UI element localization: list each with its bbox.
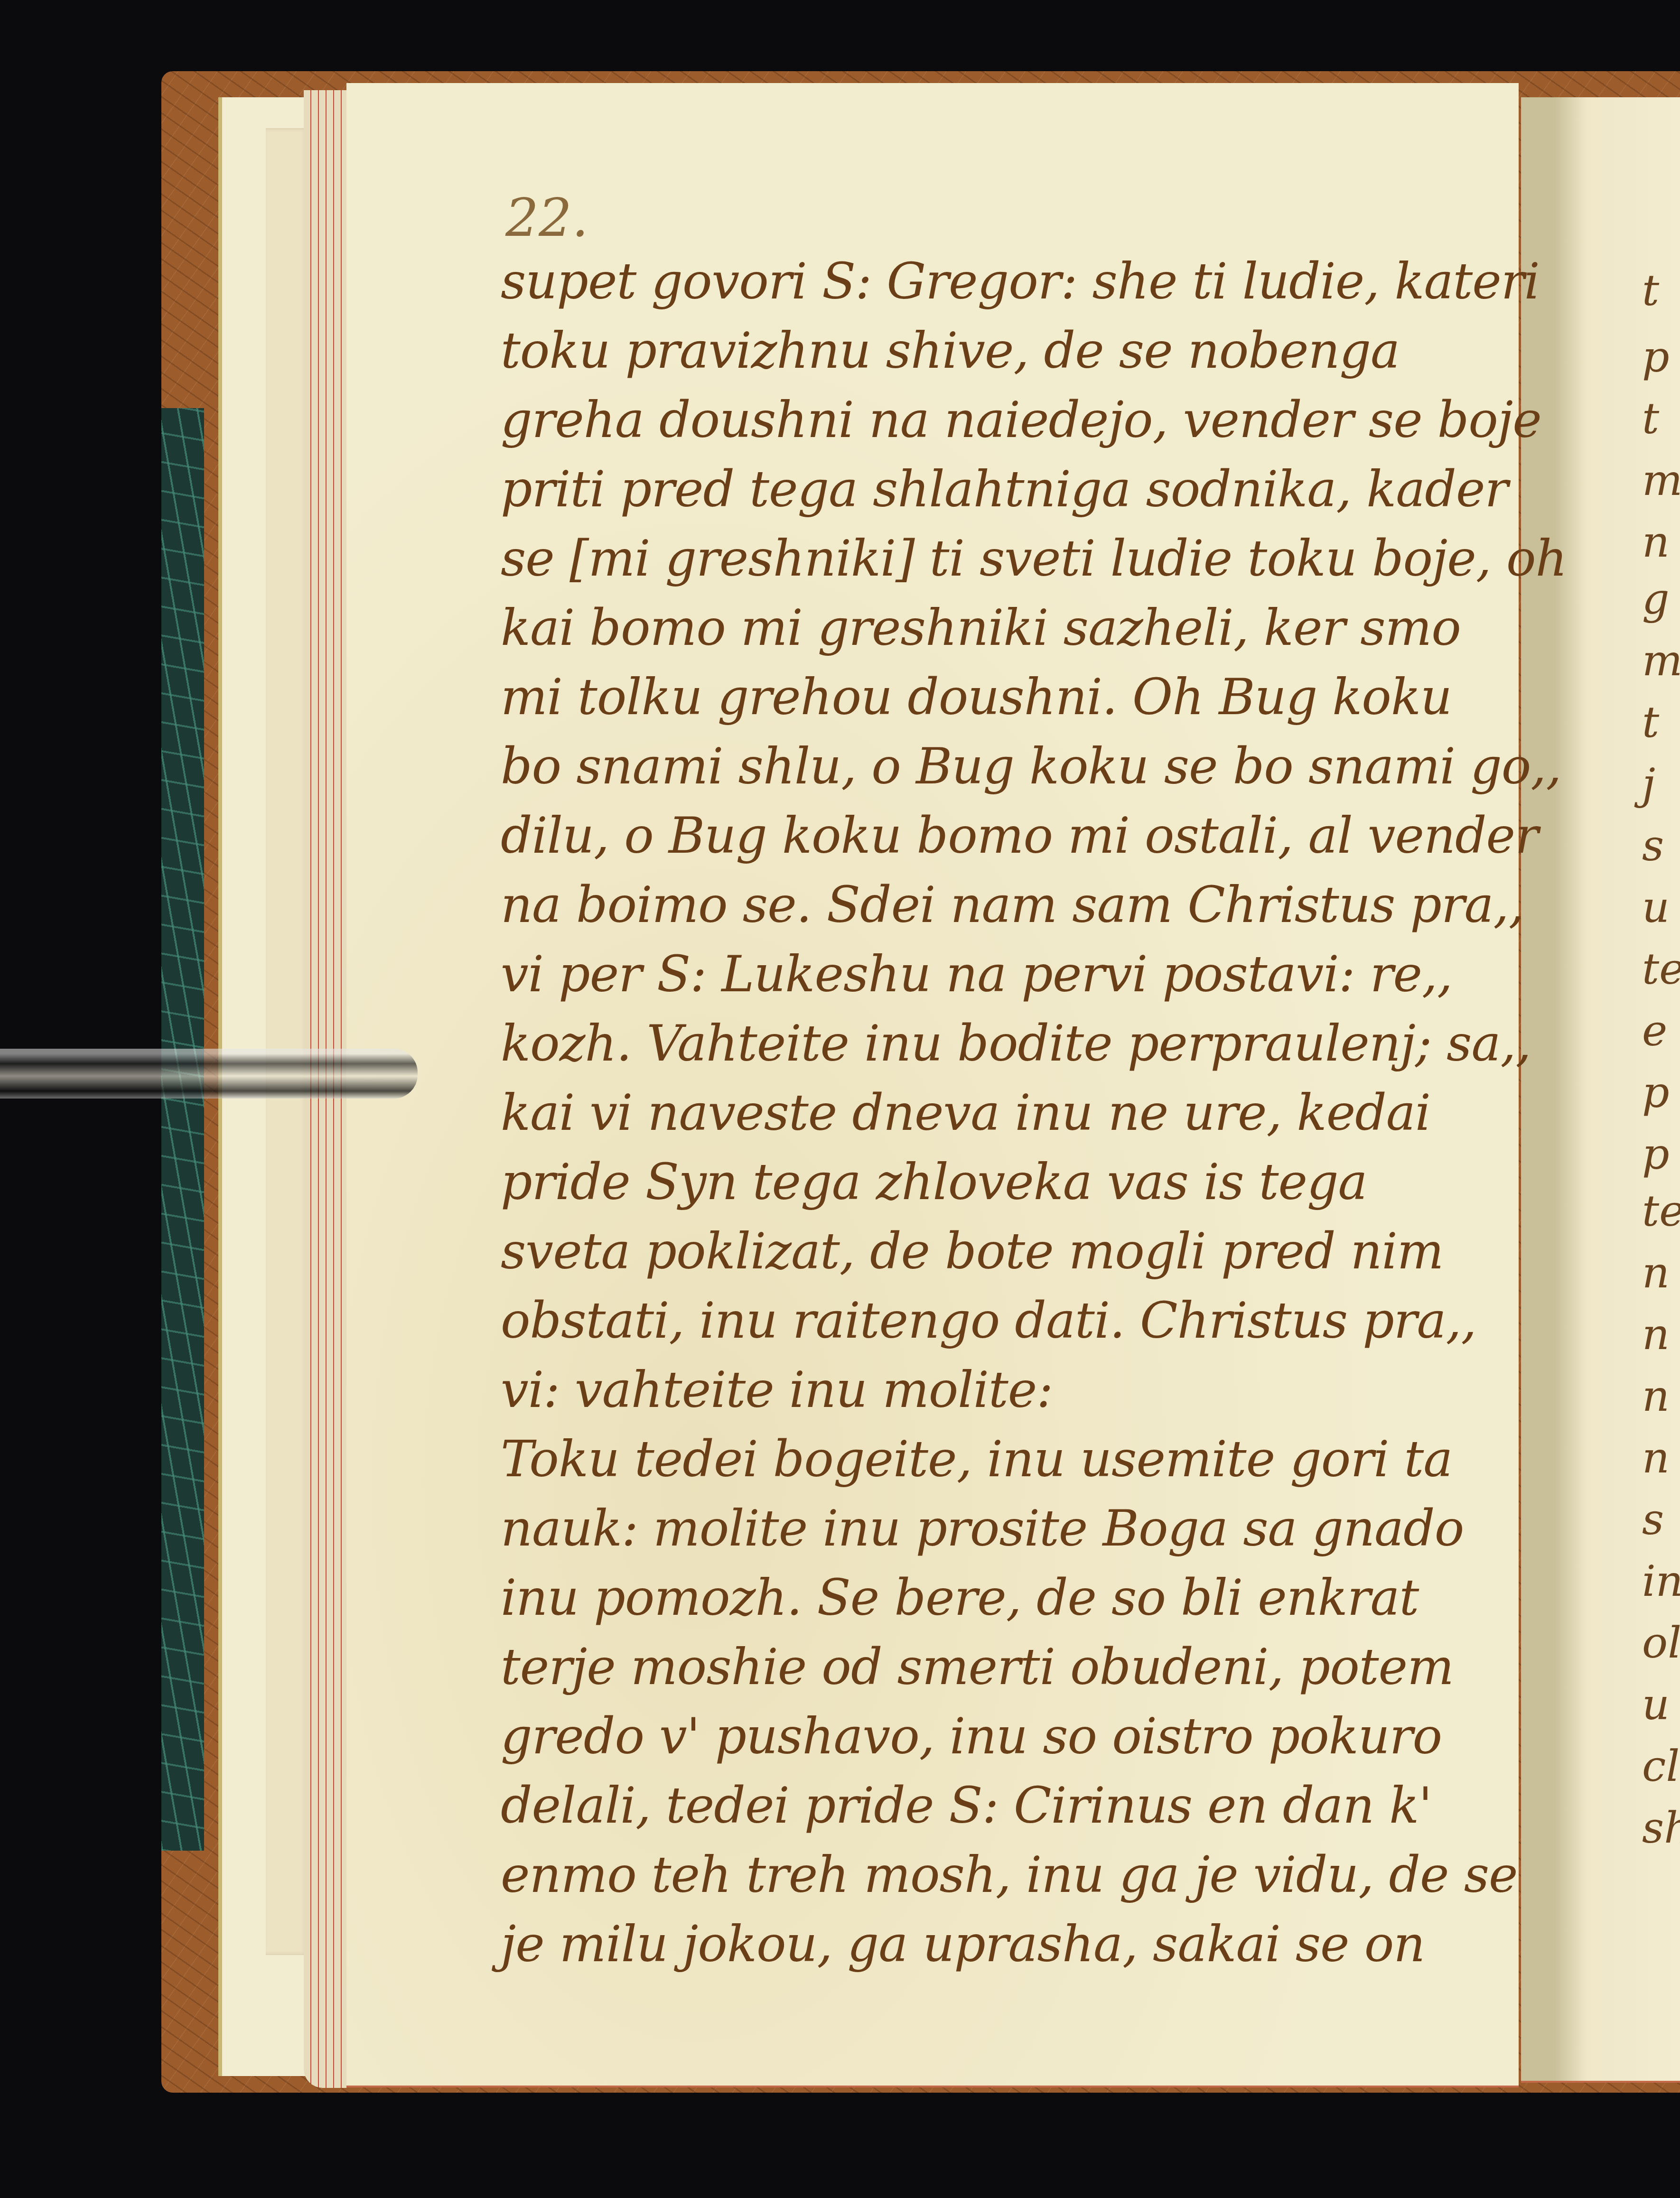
facing-fragment: te [1642,944,1680,994]
facing-fragment: n [1642,1310,1670,1360]
text-line: kozh. Vahteite inu bodite perpraulenj; s… [501,1009,1497,1078]
text-line: sveta poklizat, de bote mogli pred nim [501,1217,1497,1286]
text-line: pride Syn tega zhloveka vas is tega [501,1147,1497,1217]
text-line: je milu jokou, ga uprasha, sakai se on [501,1909,1497,1979]
facing-fragment: m [1642,456,1680,505]
facing-fragment: m [1642,636,1680,686]
facing-fragment: j [1642,759,1655,809]
text-line: enmo teh treh mosh, inu ga je vidu, de s… [501,1840,1497,1909]
text-line: supet govori S: Gregor: she ti ludie, ka… [501,247,1497,316]
facing-fragment: te [1642,1186,1680,1236]
text-line: kai vi naveste dneva inu ne ure, kedai [501,1078,1497,1147]
facing-fragment: n [1642,1433,1670,1483]
text-line: greha doushni na naiedejo, vender se boj… [501,385,1497,455]
facing-fragment: g [1642,574,1670,624]
text-line: se [mi greshniki] ti sveti ludie toku bo… [501,524,1497,593]
flyleaf-guard-strip [266,128,308,1955]
text-line: inu pomozh. Se bere, de so bli enkrat [501,1563,1497,1632]
facing-fragment: t [1642,266,1659,316]
facing-fragment: n [1642,1371,1670,1421]
facing-fragment: n [1642,1248,1670,1298]
text-line: dilu, o Bug koku bomo mi ostali, al vend… [501,801,1497,870]
facing-fragment: t [1642,698,1659,747]
facing-fragment: s [1642,1495,1664,1545]
glass-page-weight-rod [0,1049,418,1099]
facing-fragment: p [1642,1068,1670,1118]
facing-fragment: cle [1642,1742,1680,1791]
text-line: obstati, inu raitengo dati. Christus pra… [501,1286,1497,1355]
text-line: mi tolku grehou doushni. Oh Bug koku [501,662,1497,732]
facing-fragment: sh [1642,1803,1680,1853]
facing-fragment: in [1642,1556,1680,1606]
facing-fragment: e [1642,1006,1667,1056]
text-line: nauk: molite inu prosite Boga sa gnado [501,1494,1497,1563]
facing-fragment: ol [1642,1618,1680,1668]
marbled-lining [161,408,204,1851]
text-line: na boimo se. Sdei nam sam Christus pra,, [501,870,1497,940]
text-line: Toku tedei bogeite, inu usemite gori ta [501,1425,1497,1494]
facing-fragment: u [1642,883,1670,932]
folio-number: 22. [505,187,588,248]
text-line: bo snami shlu, o Bug koku se bo snami go… [501,732,1497,801]
facing-fragment: t [1642,394,1659,444]
text-line: toku pravizhnu shive, de se nobenga [501,316,1497,385]
facing-fragment: s [1642,821,1664,871]
text-line: vi: vahteite inu molite: [501,1355,1497,1425]
text-line: priti pred tega shlahtniga sodnika, kade… [501,455,1497,524]
text-line: delali, tedei pride S: Cirinus en dan k' [501,1771,1497,1840]
facing-fragment: n [1642,517,1670,567]
facing-fragment: u [1642,1680,1670,1730]
manuscript-text: supet govori S: Gregor: she ti ludie, ka… [501,247,1497,1979]
facing-fragment: p [1642,332,1670,382]
text-line: gredo v' pushavo, inu so oistro pokuro [501,1702,1497,1771]
facing-fragment: p [1642,1129,1670,1179]
text-line: terje moshie od smerti obudeni, potem [501,1632,1497,1702]
text-line: kai bomo mi greshniki sazheli, ker smo [501,593,1497,662]
text-line: vi per S: Lukeshu na pervi postavi: re,, [501,940,1497,1009]
